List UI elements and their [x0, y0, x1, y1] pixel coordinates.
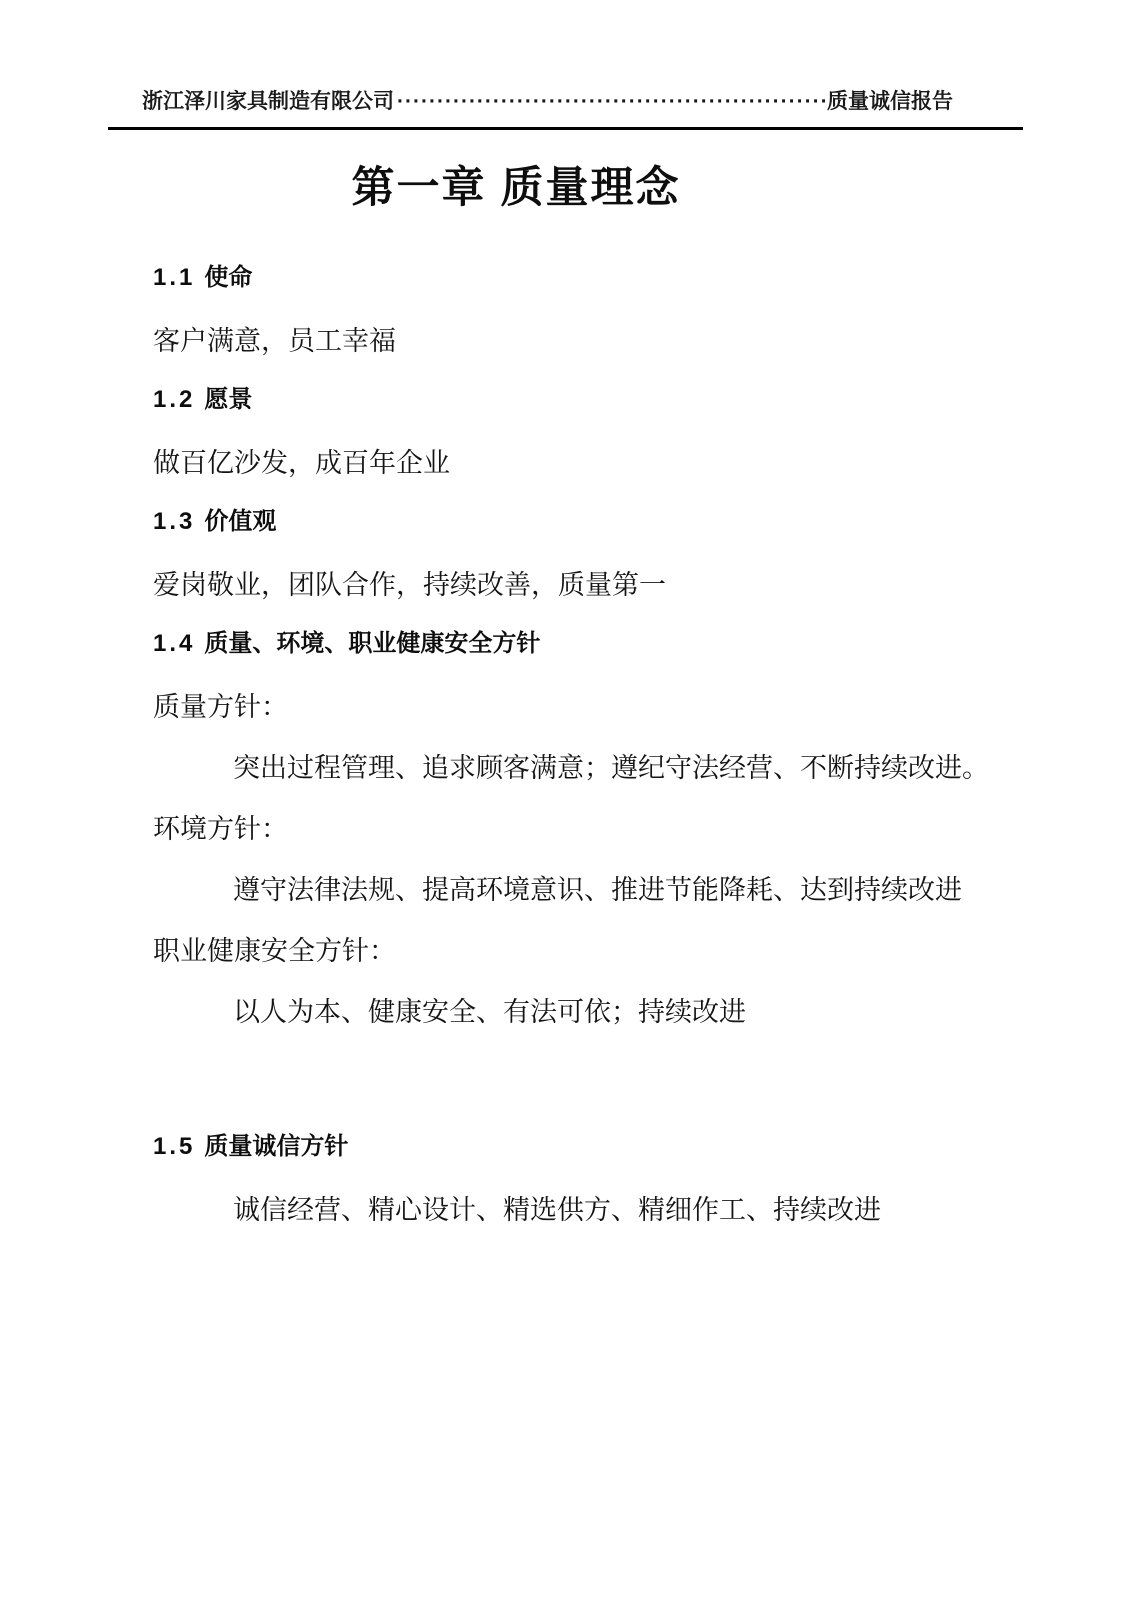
- header-company-name: 浙江泽川家具制造有限公司: [142, 90, 394, 113]
- paragraph: 爱岗敬业，团队合作，持续改善，质量第一: [153, 569, 998, 602]
- header-dot-leader: ········································…: [394, 90, 827, 113]
- header-report-title: 质量诚信报告: [827, 90, 953, 113]
- section-heading-text: 质量、环境、职业健康安全方针: [204, 630, 540, 657]
- policy-label: 职业健康安全方针：: [153, 935, 998, 968]
- section-number: 1.3: [153, 508, 195, 535]
- document-page: 浙江泽川家具制造有限公司 ···························…: [0, 0, 1131, 1600]
- section-heading: 1.1使命: [153, 264, 998, 292]
- policy-text: 以人为本、健康安全、有法可依；持续改进: [153, 996, 998, 1029]
- section-heading: 1.5质量诚信方针: [153, 1133, 998, 1161]
- section-number: 1.5: [153, 1133, 195, 1160]
- section-values: 1.3价值观 爱岗敬业，团队合作，持续改善，质量第一: [153, 508, 998, 602]
- header-row: 浙江泽川家具制造有限公司 ···························…: [108, 90, 1023, 113]
- section-heading: 1.4质量、环境、职业健康安全方针: [153, 630, 998, 658]
- section-heading-text: 使命: [204, 264, 252, 291]
- section-number: 1.1: [153, 264, 195, 291]
- section-quality-integrity-policy: 1.5质量诚信方针 诚信经营、精心设计、精选供方、精细作工、持续改进: [153, 1133, 998, 1227]
- paragraph: 诚信经营、精心设计、精选供方、精细作工、持续改进: [153, 1194, 998, 1227]
- section-vision: 1.2愿景 做百亿沙发，成百年企业: [153, 386, 998, 480]
- page-header: 浙江泽川家具制造有限公司 ···························…: [108, 90, 1023, 130]
- section-mission: 1.1使命 客户满意，员工幸福: [153, 264, 998, 358]
- section-heading-text: 质量诚信方针: [204, 1133, 348, 1160]
- paragraph: 做百亿沙发，成百年企业: [153, 447, 998, 480]
- section-heading: 1.2愿景: [153, 386, 998, 414]
- section-heading: 1.3价值观: [153, 508, 998, 536]
- policy-label: 质量方针：: [153, 691, 998, 724]
- paragraph: 客户满意，员工幸福: [153, 325, 998, 358]
- section-heading-text: 愿景: [204, 386, 252, 413]
- section-number: 1.2: [153, 386, 195, 413]
- policy-text: 突出过程管理、追求顾客满意；遵纪守法经营、不断持续改进。: [153, 752, 998, 785]
- section-heading-text: 价值观: [204, 508, 276, 535]
- chapter-title: 第一章 质量理念: [0, 163, 1032, 213]
- section-qehs-policy: 1.4质量、环境、职业健康安全方针 质量方针： 突出过程管理、追求顾客满意；遵纪…: [153, 630, 998, 1029]
- policy-text: 遵守法律法规、提高环境意识、推进节能降耗、达到持续改进: [153, 874, 998, 907]
- section-number: 1.4: [153, 630, 195, 657]
- content-area: 1.1使命 客户满意，员工幸福 1.2愿景 做百亿沙发，成百年企业 1.3价值观…: [153, 264, 998, 1255]
- policy-label: 环境方针：: [153, 813, 998, 846]
